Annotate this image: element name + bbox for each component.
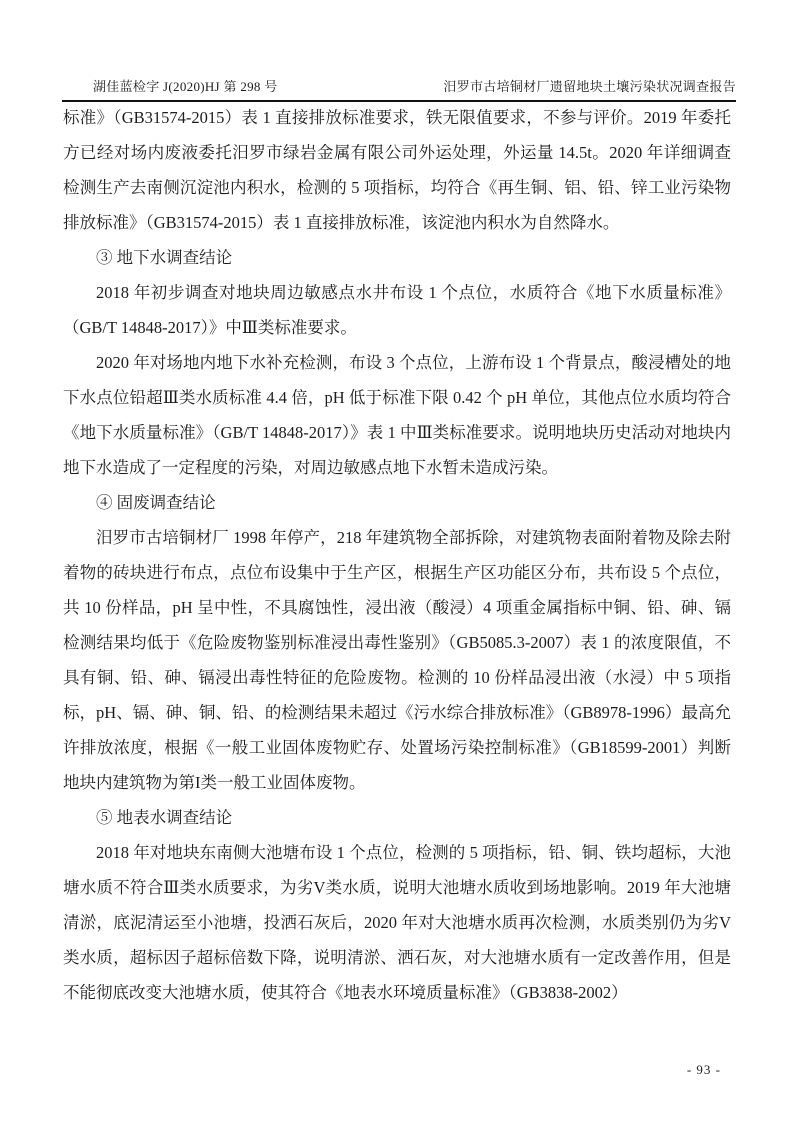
section-heading-solid-waste: ④ 固废调查结论	[63, 485, 731, 520]
paragraph-wastewater-conclusion: 标准》（GB31574-2015）表 1 直接排放标准要求，铁无限值要求，不参与…	[63, 100, 731, 240]
document-body: 标准》（GB31574-2015）表 1 直接排放标准要求，铁无限值要求，不参与…	[63, 100, 731, 1010]
page-header: 湖佳蓝检字 J(2020)HJ 第 298 号 汨罗市古培铜材厂遗留地块土壤污染…	[62, 78, 736, 102]
report-page: 湖佳蓝检字 J(2020)HJ 第 298 号 汨罗市古培铜材厂遗留地块土壤污染…	[0, 0, 793, 1122]
paragraph-groundwater-2018: 2018 年初步调查对地块周边敏感点水井布设 1 个点位，水质符合《地下水质量标…	[63, 275, 731, 345]
paragraph-surface-water: 2018 年对地块东南侧大池塘布设 1 个点位，检测的 5 项指标，铅、铜、铁均…	[63, 835, 731, 1010]
paragraph-groundwater-2020: 2020 年对场地内地下水补充检测，布设 3 个点位，上游布设 1 个背景点，酸…	[63, 345, 731, 485]
report-number: 湖佳蓝检字 J(2020)HJ 第 298 号	[93, 78, 278, 96]
paragraph-solid-waste: 汨罗市古培铜材厂 1998 年停产，218 年建筑物全部拆除，对建筑物表面附着物…	[63, 520, 731, 800]
report-title: 汨罗市古培铜材厂遗留地块土壤污染状况调查报告	[443, 78, 736, 96]
section-heading-surface-water: ⑤ 地表水调查结论	[63, 800, 731, 835]
page-number: - 93 -	[687, 1062, 721, 1078]
section-heading-groundwater: ③ 地下水调查结论	[63, 240, 731, 275]
